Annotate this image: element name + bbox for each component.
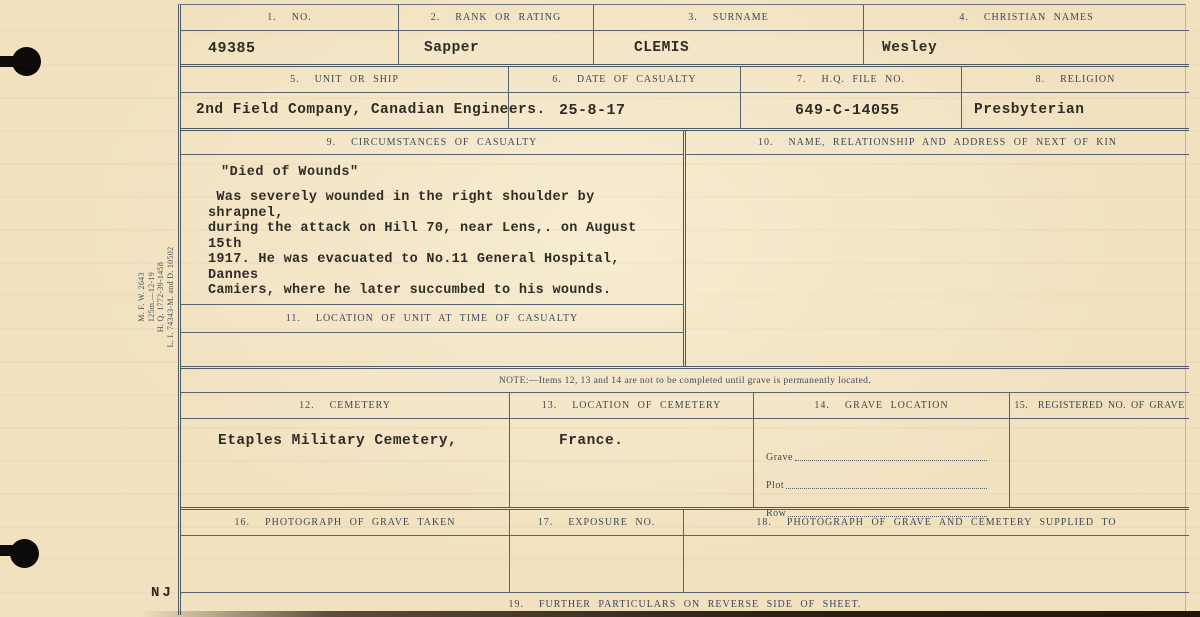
note-strip: NOTE:—Items 12, 13 and 14 are not to be … (181, 369, 1189, 393)
field-cemetery-location-label: 13. LOCATION OF CEMETERY (510, 393, 753, 419)
field-exposure-no: 17. EXPOSURE NO. (509, 510, 683, 592)
field-religion-value: Presbyterian (962, 93, 1189, 118)
row-fields-12-15: 12. CEMETERY Etaples Military Cemetery, … (181, 393, 1189, 510)
imprint-line: 125m.—12-19 (147, 242, 157, 352)
field-cemetery-label: 12. CEMETERY (181, 393, 509, 419)
field-rank-value: Sapper (399, 31, 593, 56)
field-christian-names-value: Wesley (864, 31, 1189, 56)
field-unit: 5. UNIT OR SHIP 2nd Field Company, Canad… (181, 67, 508, 128)
field-surname: 3. SURNAME CLEMIS (593, 5, 863, 64)
footer-text: 19. FURTHER PARTICULARS ON REVERSE SIDE … (508, 599, 861, 610)
field-christian-names: 4. CHRISTIAN NAMES Wesley (863, 5, 1189, 64)
field-cemetery-location-value: France. (510, 419, 753, 449)
circumstances-quote: "Died of Wounds" (221, 165, 665, 180)
field-registered-no-label: 15. REGISTERED NO. OF GRAVE (1010, 393, 1189, 419)
field-date-of-casualty: 6. DATE OF CASUALTY 25-8-17 (508, 67, 740, 128)
field-unit-label: 5. UNIT OR SHIP (181, 67, 508, 93)
dotted-leader (786, 488, 987, 489)
hole-punch-top (12, 47, 41, 76)
row-fields-9-10-11: 9. CIRCUMSTANCES OF CASUALTY "Died of Wo… (181, 131, 1189, 369)
field-no: 1. NO. 49385 (181, 5, 398, 64)
grave-row-label: Grave (766, 452, 793, 463)
circumstances-pane: 9. CIRCUMSTANCES OF CASUALTY "Died of Wo… (181, 131, 686, 366)
scanned-casualty-record: { "form": { "fields": { "no": { "label":… (0, 0, 1200, 617)
field-hq-file-no: 7. H.Q. FILE NO. 649-C-14055 (740, 67, 961, 128)
field-no-value: 49385 (181, 31, 398, 57)
field-unit-value: 2nd Field Company, Canadian Engineers. (181, 93, 508, 118)
field-surname-label: 3. SURNAME (594, 5, 863, 31)
field-hq-file-no-value: 649-C-14055 (741, 93, 961, 119)
casualty-form: 1. NO. 49385 2. RANK OR RATING Sapper 3.… (178, 4, 1186, 615)
imprint-line: M. F. W. 2643 (137, 242, 147, 352)
imprint-line: H. Q. 1772-39-1458 (156, 242, 166, 352)
circumstances-body: Was severely wounded in the right should… (208, 190, 665, 299)
field-photo-taken-label: 16. PHOTOGRAPH OF GRAVE TAKEN (181, 510, 509, 536)
note-text: NOTE:—Items 12, 13 and 14 are not to be … (499, 376, 871, 386)
field-unit-location-label: 11. LOCATION OF UNIT AT TIME OF CASUALTY (181, 304, 683, 333)
scan-edge-shadow (140, 611, 1200, 617)
field-grave-location: 14. GRAVE LOCATION Grave Plot Row (753, 393, 1009, 507)
plot-row: Plot (766, 463, 989, 491)
printer-imprint: M. F. W. 2643 125m.—12-19 H. Q. 1772-39-… (137, 242, 177, 352)
field-cemetery-value: Etaples Military Cemetery, (181, 419, 509, 449)
field-exposure-no-label: 17. EXPOSURE NO. (510, 510, 683, 536)
row-fields-1-4: 1. NO. 49385 2. RANK OR RATING Sapper 3.… (181, 5, 1189, 67)
field-surname-value: CLEMIS (594, 31, 863, 56)
field-circumstances-label: 9. CIRCUMSTANCES OF CASUALTY (181, 131, 683, 155)
field-rank: 2. RANK OR RATING Sapper (398, 5, 593, 64)
field-photo-supplied: 18. PHOTOGRAPH OF GRAVE AND CEMETERY SUP… (683, 510, 1189, 592)
field-rank-label: 2. RANK OR RATING (399, 5, 593, 31)
field-no-label: 1. NO. (181, 5, 398, 31)
field-photo-taken: 16. PHOTOGRAPH OF GRAVE TAKEN (181, 510, 509, 592)
field-hq-file-no-label: 7. H.Q. FILE NO. (741, 67, 961, 93)
row-fields-16-18: 16. PHOTOGRAPH OF GRAVE TAKEN 17. EXPOSU… (181, 510, 1189, 593)
field-date-of-casualty-value: 25-8-17 (509, 93, 740, 119)
field-grave-location-label: 14. GRAVE LOCATION (754, 393, 1009, 419)
imprint-line: L. I. 74343-M. and D. 10502 (166, 242, 176, 352)
field-photo-supplied-label: 18. PHOTOGRAPH OF GRAVE AND CEMETERY SUP… (684, 510, 1189, 536)
field-date-of-casualty-label: 6. DATE OF CASUALTY (509, 67, 740, 93)
field-registered-no: 15. REGISTERED NO. OF GRAVE (1009, 393, 1189, 507)
margin-annotation: NJ (151, 585, 174, 601)
grave-row: Grave (766, 435, 989, 463)
field-religion: 8. RELIGION Presbyterian (961, 67, 1189, 128)
field-cemetery-location: 13. LOCATION OF CEMETERY France. (509, 393, 753, 507)
field-religion-label: 8. RELIGION (962, 67, 1189, 93)
row-fields-5-8: 5. UNIT OR SHIP 2nd Field Company, Canad… (181, 67, 1189, 131)
field-christian-names-label: 4. CHRISTIAN NAMES (864, 5, 1189, 31)
plot-row-label: Plot (766, 480, 784, 491)
field-cemetery: 12. CEMETERY Etaples Military Cemetery, (181, 393, 509, 507)
grave-location-rows: Grave Plot Row (754, 419, 1009, 519)
next-of-kin-pane: 10. NAME, RELATIONSHIP AND ADDRESS OF NE… (686, 131, 1189, 366)
dotted-leader (795, 460, 987, 461)
circumstances-text: "Died of Wounds" Was severely wounded in… (181, 155, 683, 304)
field-next-of-kin-label: 10. NAME, RELATIONSHIP AND ADDRESS OF NE… (686, 131, 1189, 155)
hole-punch-bottom (10, 539, 39, 568)
